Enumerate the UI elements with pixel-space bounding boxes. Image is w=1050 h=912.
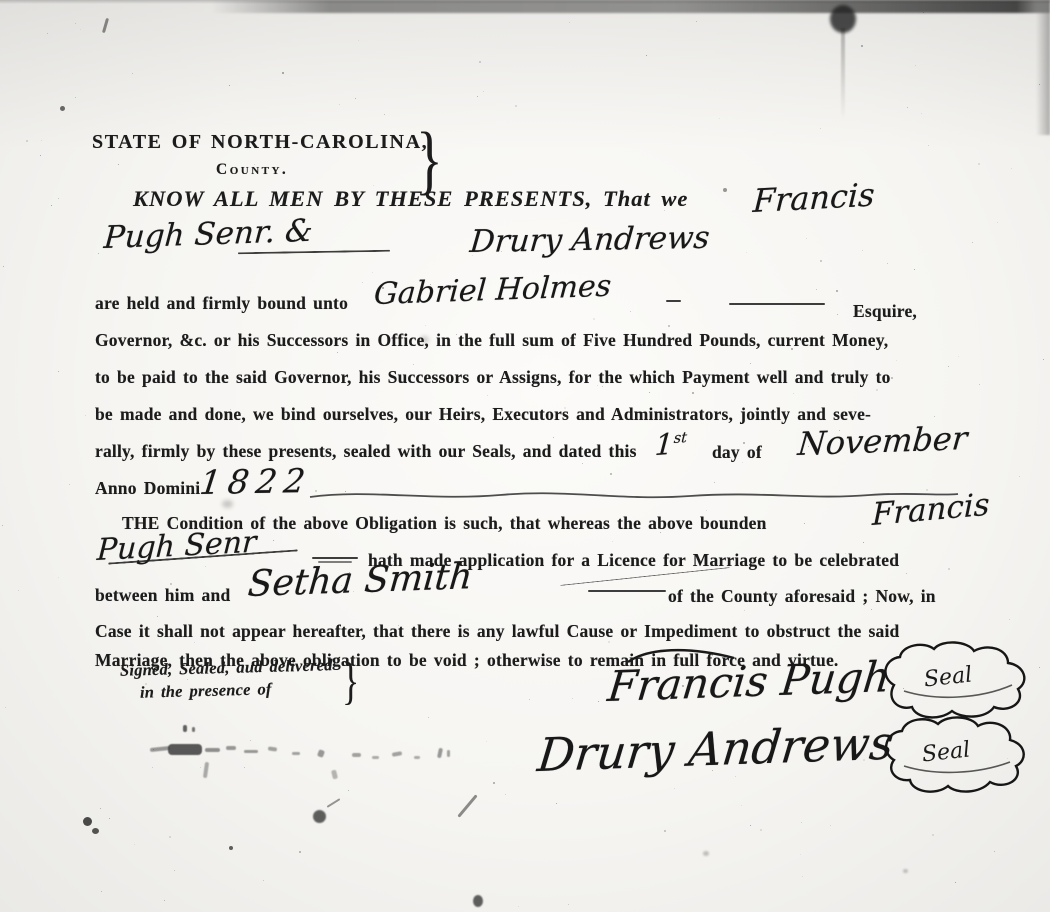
anno-domini-label: Anno Domini <box>95 478 200 499</box>
condition-line-3a: between him and <box>95 585 230 606</box>
ink-speck <box>229 846 233 850</box>
ink-speck <box>327 798 341 808</box>
ink-speck <box>703 851 709 856</box>
state-heading: STATE OF NORTH-CAROLINA, <box>92 131 428 154</box>
ink-speck <box>83 817 92 826</box>
obligation-line-2: Governor, &c. or his Successors in Offic… <box>95 330 888 351</box>
day-of-label: day of <box>712 442 762 463</box>
attestation-brace: } <box>342 650 359 711</box>
scan-artifact <box>212 0 1050 13</box>
scan-artifact <box>1036 0 1050 135</box>
bound-unto-line: are held and firmly bound unto <box>95 293 348 314</box>
seal-scribble: Seal <box>878 714 1033 796</box>
marriage-bond-document: STATE OF NORTH-CAROLINA, County. } KNOW … <box>0 0 1050 912</box>
scan-artifact <box>0 0 1050 150</box>
ink-speck <box>723 188 727 192</box>
condition-line-4: Case it shall not appear hereafter, that… <box>95 621 900 642</box>
opening-clause: KNOW ALL MEN BY THESE PRESENTS, That we <box>133 186 688 212</box>
attestation-line-2: in the presence of <box>140 679 272 702</box>
ink-dash <box>729 303 825 305</box>
ink-speck <box>92 828 99 834</box>
ink-rule <box>308 486 960 504</box>
ink-speck <box>60 106 65 111</box>
month-hw: November <box>796 419 969 463</box>
condition-line-3b: of the County aforesaid ; Now, in <box>668 586 936 607</box>
scan-artifact <box>841 28 845 120</box>
principal-first-name-hw: Francis <box>752 176 876 221</box>
attestation-line-1: Signed, Sealed, aud delivered <box>120 655 333 681</box>
ink-dash <box>666 300 681 302</box>
seal-label: Seal <box>921 738 972 768</box>
bride-name-hw: Setha Smith <box>246 556 474 605</box>
ink-dash <box>588 590 666 592</box>
esquire-label: Esquire, <box>853 301 917 322</box>
obligation-line-3: to be paid to the said Governor, his Suc… <box>95 367 891 388</box>
signature-francis-pugh: Francis Pugh <box>605 652 892 711</box>
ink-speck <box>473 895 483 907</box>
seal-scribble: Seal <box>876 641 1038 719</box>
signature-drury-andrews: Drury Andrews <box>535 715 896 782</box>
ink-speck <box>313 810 326 823</box>
county-label: County. <box>216 161 288 179</box>
year-hw: 1822 <box>198 461 315 502</box>
ink-speck <box>457 794 477 817</box>
ink-dash <box>312 557 358 559</box>
principal-rest-hw: Pugh Senr. & <box>103 213 314 256</box>
surety-name-hw: Drury Andrews <box>468 220 711 260</box>
obligation-line-5: rally, firmly by these presents, sealed … <box>95 441 637 462</box>
seal-label: Seal <box>923 663 974 693</box>
obligation-line-4: be made and done, we bind ourselves, our… <box>95 404 871 425</box>
ink-speck <box>903 869 908 873</box>
day-hw: 1st <box>654 426 688 462</box>
obligee-name-hw: Gabriel Holmes <box>373 269 613 312</box>
